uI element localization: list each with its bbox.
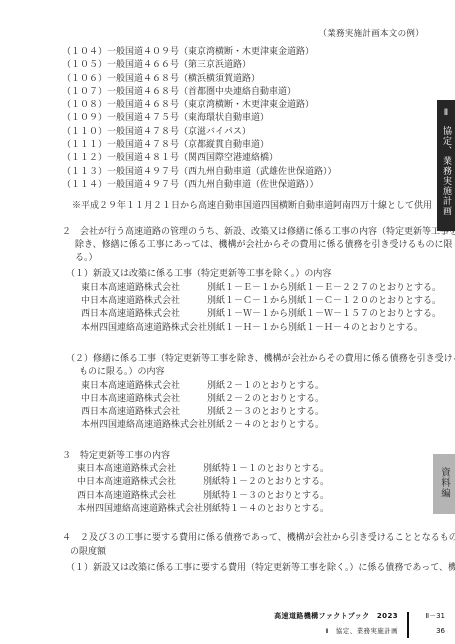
road-list-item: （１０５）一般国道４６６号（第三京浜道路） [62, 59, 424, 72]
company-name: 本州四国連絡高速道路株式会社 [81, 419, 207, 432]
table-row: 東日本高速道路株式会社 別紙１－Ｅ－１から別紙１－Ｅ－２２７のとおりとする。 [81, 282, 424, 295]
attachment-ref: 別紙１－Ｃ－１から別紙１－Ｃ－１２０のとおりとする。 [207, 295, 441, 308]
section-4: ４ ２及び３の工事に要する費用に係る債務であって、機構が会社から引き受けることと… [62, 532, 424, 575]
subsection-2-2: （２）修繕に係る工事（特定更新等工事を除き、機構が会社からその費用に係る債務を引… [66, 353, 424, 433]
road-list-item: （１０８）一般国道４６８号（東京湾横断・木更津東金道路） [62, 99, 424, 112]
company-name: 中日本高速道路株式会社 [81, 295, 207, 308]
company-name: 西日本高速道路株式会社 [81, 308, 207, 321]
attachment-table: 東日本高速道路株式会社 別紙１－Ｅ－１から別紙１－Ｅ－２２７のとおりとする。 中… [66, 282, 424, 335]
attachment-ref: 別紙特１－３のとおりとする。 [203, 490, 424, 503]
header-note: （業務実施計画本文の例） [62, 28, 424, 40]
company-name: 西日本高速道路株式会社 [77, 490, 203, 503]
section-2-line: 除き、修繕に係る工事にあっては、機構が会社からその費用に係る債務を引き受けるもの… [75, 239, 424, 252]
road-list-item: （１１２）一般国道４８１号（関西国際空港連絡橋） [62, 152, 424, 165]
company-name: 西日本高速道路株式会社 [81, 406, 207, 419]
service-start-note: ※平成２９年１１月２１日から高速自動車国道四国横断自動車道阿南四万十線として供用 [72, 200, 424, 213]
company-name: 東日本高速道路株式会社 [81, 380, 207, 393]
road-list-item: （１０６）一般国道４６８号（横浜横須賀道路） [62, 73, 424, 86]
attachment-ref: 別紙１－Ｈ－１から別紙１－Ｈ－４のとおりとする。 [207, 322, 424, 335]
table-row: 本州四国連絡高速道路株式会社 別紙特１－４のとおりとする。 [77, 503, 424, 516]
side-tab-numeral: Ⅱ [441, 108, 451, 119]
table-row: 西日本高速道路株式会社 別紙特１－３のとおりとする。 [77, 490, 424, 503]
attachment-ref: 別紙２－２のとおりとする。 [207, 393, 424, 406]
road-list-item: （１０４）一般国道４０９号（東京湾横断・木更津東金道路） [62, 46, 424, 59]
table-row: 西日本高速道路株式会社 別紙１－Ｗ－１から別紙１－Ｗ－１５７のとおりとする。 [81, 308, 424, 321]
table-row: 本州四国連絡高速道路株式会社 別紙１－Ｈ－１から別紙１－Ｈ－４のとおりとする。 [81, 322, 424, 335]
footer-book-title: 高速道路機構ファクトブック 2023 [274, 612, 398, 621]
road-list-item: （１１１）一般国道４７８号（京都縦貫自動車道） [62, 139, 424, 152]
footer-divider [407, 612, 409, 638]
document-page: （業務実施計画本文の例） （１０４）一般国道４０９号（東京湾横断・木更津東金道路… [0, 0, 455, 644]
road-list-item: （１１０）一般国道４７８号（京滋バイパス） [62, 126, 424, 139]
company-name: 東日本高速道路株式会社 [81, 282, 207, 295]
section-4-line: ４ ２及び３の工事に要する費用に係る債務であって、機構が会社から引き受けることと… [62, 532, 424, 545]
section-2-line: ２ 会社が行う高速道路の管理のうち、新設、改築又は修繕に係る工事の内容（特定更新… [62, 226, 424, 239]
subsection-4-1-title: （１）新設又は改築に係る工事に要する費用（特定更新等工事を除く。）に係る債務であ… [66, 562, 424, 575]
attachment-ref: 別紙２－３のとおりとする。 [207, 406, 424, 419]
attachment-ref: 別紙特１－４のとおりとする。 [203, 503, 424, 516]
attachment-ref: 別紙特１－２のとおりとする。 [203, 476, 424, 489]
page-body: （業務実施計画本文の例） （１０４）一般国道４０９号（東京湾横断・木更津東金道路… [0, 0, 455, 644]
side-tab-label: 協定、業務実施計画 [441, 126, 451, 216]
attachment-table: 東日本高速道路株式会社 別紙２－１のとおりとする。 中日本高速道路株式会社 別紙… [66, 380, 424, 433]
subsection-2-2-title: （２）修繕に係る工事（特定更新等工事を除き、機構が会社からその費用に係る債務を引… [66, 353, 424, 366]
company-name: 中日本高速道路株式会社 [77, 476, 203, 489]
subsection-2-1: （１）新設又は改築に係る工事（特定更新等工事を除く。）の内容 東日本高速道路株式… [66, 268, 424, 334]
footer-chapter: Ⅱ 協定、業務実施計画 [274, 627, 398, 636]
table-row: 東日本高速道路株式会社 別紙２－１のとおりとする。 [81, 380, 424, 393]
subsection-2-2-title-cont: ものに限る。）の内容 [79, 366, 424, 379]
footer-left: 高速道路機構ファクトブック 2023 Ⅱ 協定、業務実施計画 [274, 612, 398, 638]
side-tab-material: 資料編 [433, 454, 455, 514]
table-row: 本州四国連絡高速道路株式会社 別紙２－４のとおりとする。 [81, 419, 424, 432]
table-row: 中日本高速道路株式会社 別紙１－Ｃ－１から別紙１－Ｃ－１２０のとおりとする。 [81, 295, 424, 308]
road-list-item: （１１４）一般国道４９７号（西九州自動車道（佐世保道路）） [62, 179, 424, 192]
footer-right: Ⅱ－31 36 [417, 612, 445, 638]
company-name: 東日本高速道路株式会社 [77, 463, 203, 476]
attachment-table: 東日本高速道路株式会社 別紙特１－１のとおりとする。 中日本高速道路株式会社 別… [62, 463, 424, 516]
side-tab-section-ii: Ⅱ協定、業務実施計画 [437, 100, 455, 231]
road-list-item: （１０７）一般国道４６８号（首都圏中央連絡自動車道） [62, 86, 424, 99]
section-2-line: る。） [75, 252, 424, 265]
table-row: 東日本高速道路株式会社 別紙特１－１のとおりとする。 [77, 463, 424, 476]
table-row: 西日本高速道路株式会社 別紙２－３のとおりとする。 [81, 406, 424, 419]
subsection-2-1-title: （１）新設又は改築に係る工事（特定更新等工事を除く。）の内容 [66, 268, 424, 281]
footer-page-ref: Ⅱ－31 [417, 612, 445, 621]
company-name: 本州四国連絡高速道路株式会社 [77, 503, 203, 516]
road-list-item: （１０９）一般国道４７５号（東海環状自動車道） [62, 112, 424, 125]
company-name: 中日本高速道路株式会社 [81, 393, 207, 406]
section-3: ３ 特定更新等工事の内容 東日本高速道路株式会社 別紙特１－１のとおりとする。 … [62, 450, 424, 516]
section-4-line: の限度額 [70, 546, 424, 559]
attachment-ref: 別紙特１－１のとおりとする。 [203, 463, 424, 476]
table-row: 中日本高速道路株式会社 別紙特１－２のとおりとする。 [77, 476, 424, 489]
attachment-ref: 別紙１－Ｅ－１から別紙１－Ｅ－２２７のとおりとする。 [207, 282, 441, 295]
attachment-ref: 別紙２－１のとおりとする。 [207, 380, 424, 393]
company-name: 本州四国連絡高速道路株式会社 [81, 322, 207, 335]
section-2: ２ 会社が行う高速道路の管理のうち、新設、改築又は修繕に係る工事の内容（特定更新… [62, 226, 424, 266]
road-list-item: （１１３）一般国道４９７号（西九州自動車道（武雄佐世保道路）） [62, 166, 424, 179]
road-list: （１０４）一般国道４０９号（東京湾横断・木更津東金道路） （１０５）一般国道４６… [62, 46, 424, 192]
footer-page-number: 36 [417, 627, 445, 636]
section-3-title: ３ 特定更新等工事の内容 [62, 450, 424, 463]
table-row: 中日本高速道路株式会社 別紙２－２のとおりとする。 [81, 393, 424, 406]
attachment-ref: 別紙１－Ｗ－１から別紙１－Ｗ－１５７のとおりとする。 [207, 308, 441, 321]
attachment-ref: 別紙２－４のとおりとする。 [207, 419, 424, 432]
page-footer: 高速道路機構ファクトブック 2023 Ⅱ 協定、業務実施計画 Ⅱ－31 36 [274, 612, 445, 638]
